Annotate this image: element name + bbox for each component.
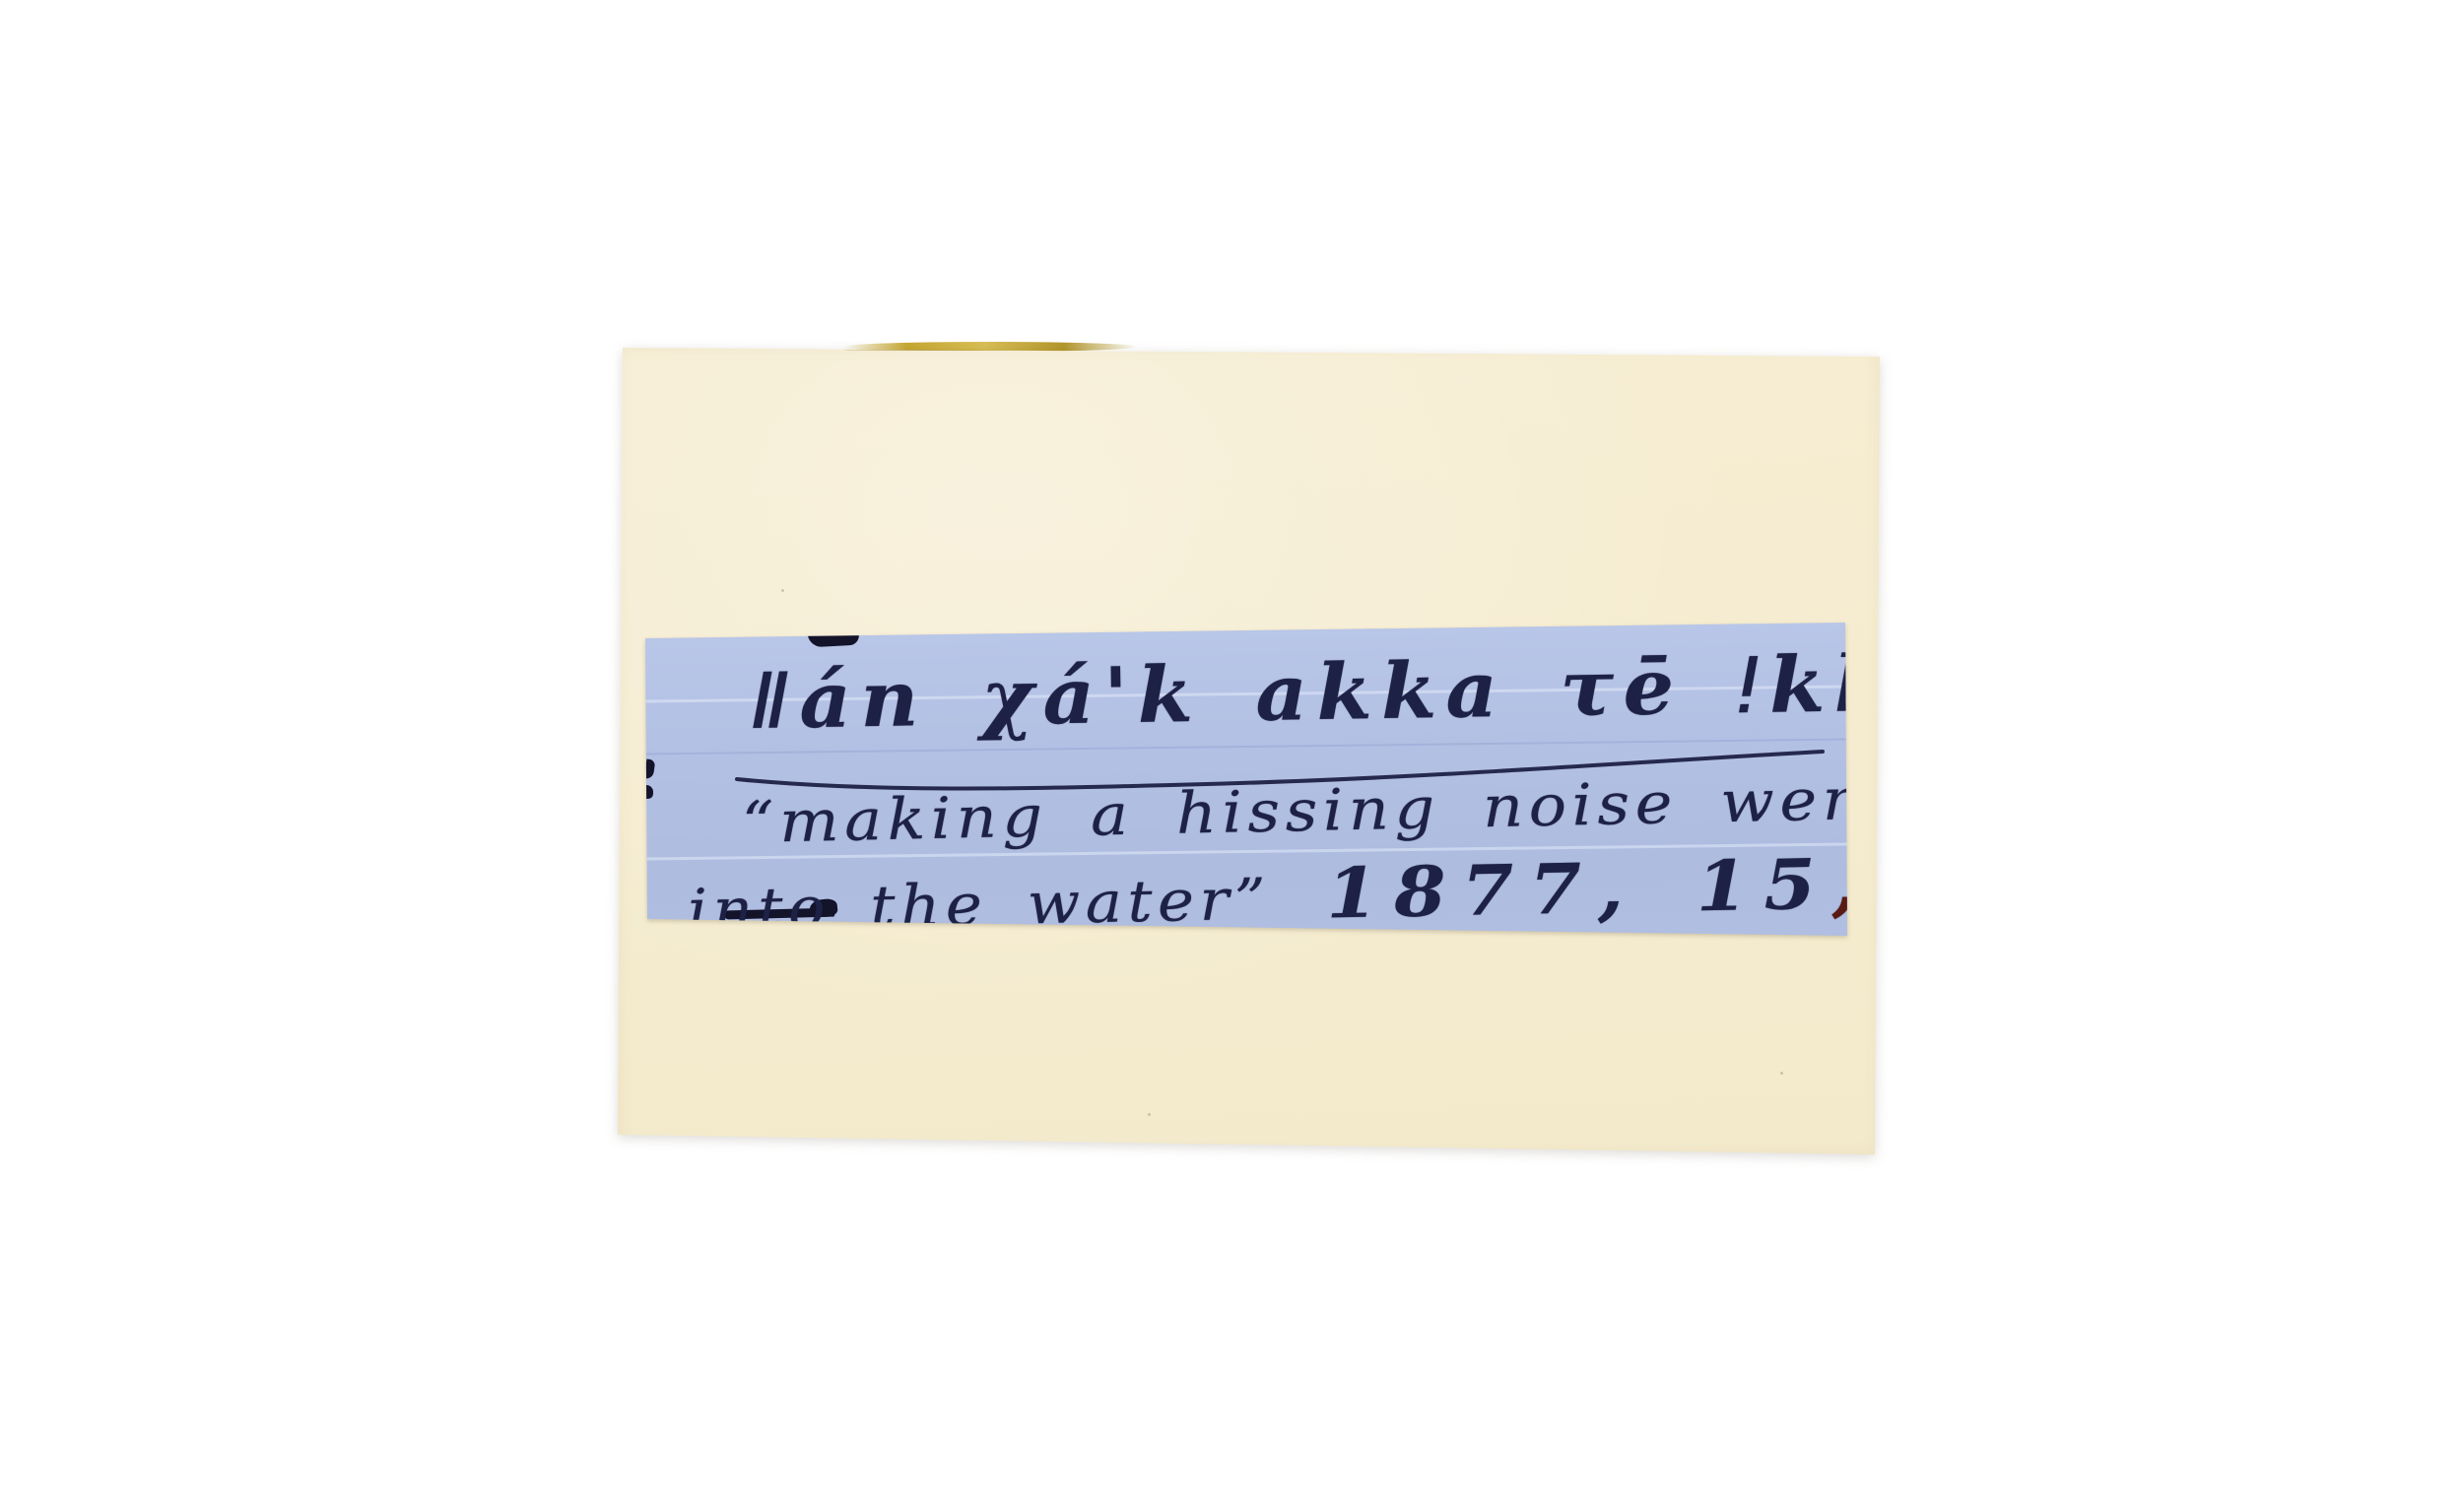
blue-slip: ǁán χá'k akka τē ǃkhwū́ “making a hissin… (640, 616, 1852, 941)
reference-number: 1877, 15 (1325, 843, 1831, 935)
reference-comma: , (1830, 842, 1852, 925)
paper-speck (1148, 1113, 1151, 1116)
phonetic-transcription-line: ǁán χá'k akka τē ǃkhwū́ (750, 636, 1852, 747)
cream-card-wrap: ǁán χá'k akka τē ǃkhwū́ “making a hissin… (616, 345, 1882, 1157)
card-top-edge-stain (844, 346, 1125, 351)
paper-speck (781, 589, 784, 592)
scanned-document-page: ǁán χá'k akka τē ǃkhwū́ “making a hissin… (0, 0, 2462, 1512)
paper-speck (1780, 1072, 1783, 1075)
ink-fragment-left-edge (644, 758, 656, 779)
blue-slip-wrap: ǁán χá'k akka τē ǃkhwū́ “making a hissin… (640, 616, 1852, 941)
ink-fragment-top-edge (808, 630, 860, 648)
ink-fragment-left-edge (646, 785, 653, 799)
gloss-text: into the water” (688, 866, 1272, 941)
cream-card: ǁán χá'k akka τē ǃkhwū́ “making a hissin… (616, 345, 1882, 1157)
